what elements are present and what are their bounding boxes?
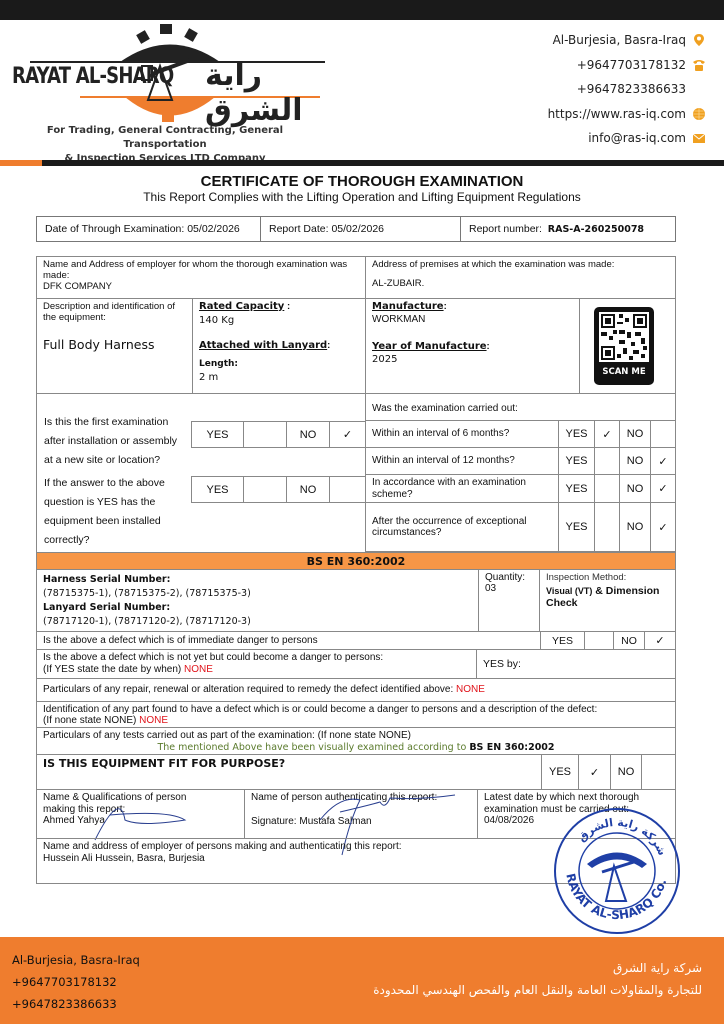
report-number: RAS-A-260250078: [548, 224, 644, 235]
interval-yes-label: YES: [558, 474, 595, 503]
logo-name-en: RAYAT AL-SHARQ: [12, 64, 173, 89]
lanyard-serial-label: Lanyard Serial Number:: [43, 601, 472, 614]
report-date: Report Date: 05/02/2026: [261, 217, 461, 241]
header-divider-orange: [0, 160, 42, 166]
immediate-danger-cell: Is the above a defect which is of immedi…: [36, 631, 541, 650]
installed-yes-label: YES: [191, 476, 244, 503]
installed-question: If the answer to the above question is Y…: [44, 474, 165, 550]
tagline-line-1: For Trading, General Contracting, Genera…: [10, 124, 320, 152]
future-danger-q2-line: (If YES state the date by when) NONE: [43, 664, 470, 676]
interval-question: Within an interval of 6 months?: [365, 420, 559, 448]
year-label: Year of Manufacture: [372, 341, 487, 352]
header-divider-black: [42, 160, 724, 166]
globe-icon: [692, 107, 706, 121]
telephone-icon: [692, 58, 706, 72]
inspection-method-a: Visual (VT): [546, 586, 592, 596]
manufacture-label: Manufacture: [372, 301, 444, 312]
interval-no-box[interactable]: ✓: [650, 474, 676, 503]
part-defect-q1: Identification of any part found to have…: [43, 704, 669, 715]
tests-standard: BS EN 360:2002: [469, 742, 554, 753]
contact-address-text: Al-Burjesia, Basra-Iraq: [553, 33, 686, 47]
fit-yes-box[interactable]: ✓: [578, 754, 611, 790]
employer-value: DFK COMPANY: [43, 281, 359, 292]
rated-capacity-heading: Rated Capacity :: [199, 301, 359, 312]
installed-q-line-1: If the answer to the above: [44, 474, 165, 493]
envelope-icon: [692, 131, 706, 145]
report-info-bar: Date of Through Examination: 05/02/2026 …: [36, 216, 676, 242]
installed-no-box[interactable]: [329, 476, 366, 503]
footer-phone-1[interactable]: +9647703178132: [12, 971, 140, 993]
installed-yes-box[interactable]: [243, 476, 287, 503]
first-exam-yes-label: YES: [191, 421, 244, 448]
interval-no-box[interactable]: ✓: [650, 447, 676, 475]
interval-yes-box[interactable]: [594, 502, 620, 552]
harness-serials: (78715375-1), (78715375-2), (78715375-3): [43, 586, 472, 601]
rated-capacity-value: 140 Kg: [199, 315, 359, 326]
qr-cell: SCAN ME: [579, 298, 676, 394]
certificate-subtitle: This Report Complies with the Lifting Op…: [0, 190, 724, 204]
lanyard-serials: (78717120-1), (78717120-2), (78717120-3): [43, 614, 472, 629]
repair-cell: Particulars of any repair, renewal or al…: [36, 678, 676, 702]
contact-address: Al-Burjesia, Basra-Iraq: [476, 28, 706, 53]
interval-yes-label: YES: [558, 447, 595, 475]
contact-website[interactable]: https://www.ras-iq.com: [476, 102, 706, 127]
footer-phone-2[interactable]: +9647823386633: [12, 993, 140, 1015]
first-exam-q-line-2: after installation or assembly: [44, 432, 177, 451]
installed-q-line-4: correctly?: [44, 531, 165, 550]
future-danger-q2: (If YES state the date by when): [43, 664, 181, 675]
interval-no-box[interactable]: [650, 420, 676, 448]
interval-no-label: NO: [619, 474, 651, 503]
report-number-cell: Report number: RAS-A-260250078: [461, 217, 675, 241]
manufacture-cell: Manufacture: WORKMAN Year of Manufacture…: [365, 298, 580, 394]
rated-capacity-label: Rated Capacity: [199, 301, 284, 312]
repair-question: Particulars of any repair, renewal or al…: [43, 684, 453, 695]
installed-q-line-2: question is YES has the: [44, 493, 165, 512]
first-exam-q-line-1: Is this the first examination: [44, 413, 177, 432]
quantity-value: 03: [485, 583, 533, 594]
quantity-cell: Quantity: 03: [478, 569, 540, 632]
footer-arabic-name: شركة راية الشرق للتجارة والمقاولات العام…: [373, 957, 702, 1001]
contact-email-text[interactable]: info@ras-iq.com: [588, 131, 686, 145]
tests-question: Particulars of any tests carried out as …: [43, 730, 669, 742]
carried-out-heading-cell: Was the examination carried out:: [365, 393, 676, 421]
part-defect-q2-line: (If none state NONE) NONE: [43, 715, 669, 726]
tests-value: The mentioned Above have been visually e…: [157, 742, 466, 753]
qr-code[interactable]: SCAN ME: [594, 307, 654, 385]
first-exam-no-box[interactable]: ✓: [329, 421, 366, 448]
tests-result-line: The mentioned Above have been visually e…: [43, 742, 669, 754]
serials-cell: Harness Serial Number: (78715375-1), (78…: [36, 569, 479, 632]
employer-label: Name and Address of employer for whom th…: [43, 259, 359, 281]
interval-yes-label: YES: [558, 420, 595, 448]
location-pin-icon: [692, 33, 706, 47]
contact-phone-1-text[interactable]: +9647703178132: [577, 58, 686, 72]
quantity-label: Quantity:: [485, 572, 533, 583]
first-exam-no-label: NO: [286, 421, 330, 448]
footer-ar-line-2: للتجارة والمقاولات العامة والنقل العام و…: [373, 979, 702, 1001]
lanyard-heading: Attached with Lanyard:: [199, 340, 359, 351]
manufacture-heading: Manufacture:: [372, 301, 573, 312]
interval-no-label: NO: [619, 420, 651, 448]
first-exam-yes-box[interactable]: [243, 421, 287, 448]
premises-cell: Address of premises at which the examina…: [365, 256, 676, 299]
fit-no-label: NO: [610, 754, 642, 790]
footer-address: Al-Burjesia, Basra-Iraq: [12, 949, 140, 971]
lanyard-label: Attached with Lanyard: [199, 340, 327, 351]
carried-out-label: Was the examination carried out:: [372, 396, 669, 418]
header-contact-block: Al-Burjesia, Basra-Iraq +9647703178132 +…: [476, 28, 706, 151]
premises-value: AL-ZUBAIR.: [372, 278, 669, 289]
future-danger-q1: Is the above a defect which is not yet b…: [43, 652, 470, 664]
premises-label: Address of premises at which the examina…: [372, 259, 669, 270]
footer-bar: Al-Burjesia, Basra-Iraq +9647703178132 +…: [0, 937, 724, 1024]
exam-date: Date of Through Examination: 05/02/2026: [37, 217, 261, 241]
report-number-label: Report number:: [469, 223, 542, 235]
interval-question: After the occurrence of exceptional circ…: [365, 502, 559, 552]
standard-band: BS EN 360:2002: [36, 552, 676, 570]
interval-yes-box[interactable]: [594, 474, 620, 503]
interval-yes-box[interactable]: ✓: [594, 420, 620, 448]
fit-no-box[interactable]: [641, 754, 676, 790]
future-danger-cell: Is the above a defect which is not yet b…: [36, 649, 477, 679]
future-danger-value: NONE: [184, 664, 213, 675]
immediate-danger-yes-box[interactable]: [584, 631, 614, 650]
contact-email[interactable]: info@ras-iq.com: [476, 126, 706, 151]
footer-contact: Al-Burjesia, Basra-Iraq +9647703178132 +…: [12, 949, 140, 1015]
immediate-danger-no-box[interactable]: ✓: [644, 631, 676, 650]
part-defect-q2: (If none state NONE): [43, 715, 136, 726]
description-label: Description and identification of the eq…: [43, 301, 186, 323]
equipment-name: Full Body Harness: [43, 339, 186, 350]
contact-phone-1[interactable]: +9647703178132: [476, 53, 706, 78]
first-exam-question: Is this the first examination after inst…: [44, 413, 177, 470]
contact-website-text[interactable]: https://www.ras-iq.com: [548, 107, 686, 121]
installed-no-label: NO: [286, 476, 330, 503]
interval-yes-box[interactable]: [594, 447, 620, 475]
part-defect-value: NONE: [139, 715, 168, 726]
year-value: 2025: [372, 354, 573, 365]
footer-ar-line-1: شركة راية الشرق: [373, 957, 702, 979]
employer-cell: Name and Address of employer for whom th…: [36, 256, 366, 299]
interval-no-box[interactable]: ✓: [650, 502, 676, 552]
length-label: Length:: [199, 359, 359, 370]
inspection-method-value: Visual (VT) & Dimension Check: [546, 585, 669, 609]
manufacture-value: WORKMAN: [372, 314, 573, 325]
company-stamp: شركة راية الشرق RAYAT AL-SHARQ Co.: [552, 806, 682, 936]
fit-for-purpose-cell: IS THIS EQUIPMENT FIT FOR PURPOSE?: [36, 754, 542, 790]
yes-by-cell: YES by:: [476, 649, 676, 679]
interval-question: In accordance with an examination scheme…: [365, 474, 559, 503]
tests-cell: Particulars of any tests carried out as …: [36, 727, 676, 755]
scan-me-label: SCAN ME: [594, 367, 654, 378]
length-value: 2 m: [199, 372, 359, 383]
interval-question: Within an interval of 12 months?: [365, 447, 559, 475]
immediate-danger-no-label: NO: [613, 631, 645, 650]
company-logo: RAYAT AL-SHARQ راية الشرق For Trading, G…: [10, 22, 350, 152]
top-dark-bar: [0, 0, 724, 20]
description-cell: Description and identification of the eq…: [36, 298, 193, 394]
interval-no-label: NO: [619, 447, 651, 475]
repair-value: NONE: [456, 684, 485, 695]
interval-no-label: NO: [619, 502, 651, 552]
installed-q-line-3: equipment been installed: [44, 512, 165, 531]
contact-phone-2[interactable]: +9647823386633: [476, 77, 706, 102]
capacity-cell: Rated Capacity : 140 Kg Attached with La…: [192, 298, 366, 394]
fit-yes-label: YES: [541, 754, 579, 790]
qr-code-icon: [599, 312, 649, 362]
year-heading: Year of Manufacture:: [372, 341, 573, 352]
immediate-danger-yes-label: YES: [540, 631, 585, 650]
inspection-method-label: Inspection Method:: [546, 572, 669, 583]
first-exam-q-line-3: at a new site or location?: [44, 451, 177, 470]
maker-signature: [90, 795, 190, 843]
logo-name-ar: راية الشرق: [205, 58, 350, 128]
certificate-title: CERTIFICATE OF THOROUGH EXAMINATION: [0, 173, 724, 190]
part-defect-cell: Identification of any part found to have…: [36, 701, 676, 728]
interval-yes-label: YES: [558, 502, 595, 552]
harness-serial-label: Harness Serial Number:: [43, 573, 472, 586]
inspection-method-cell: Inspection Method: Visual (VT) & Dimensi…: [539, 569, 676, 632]
contact-phone-2-text[interactable]: +9647823386633: [577, 82, 686, 96]
